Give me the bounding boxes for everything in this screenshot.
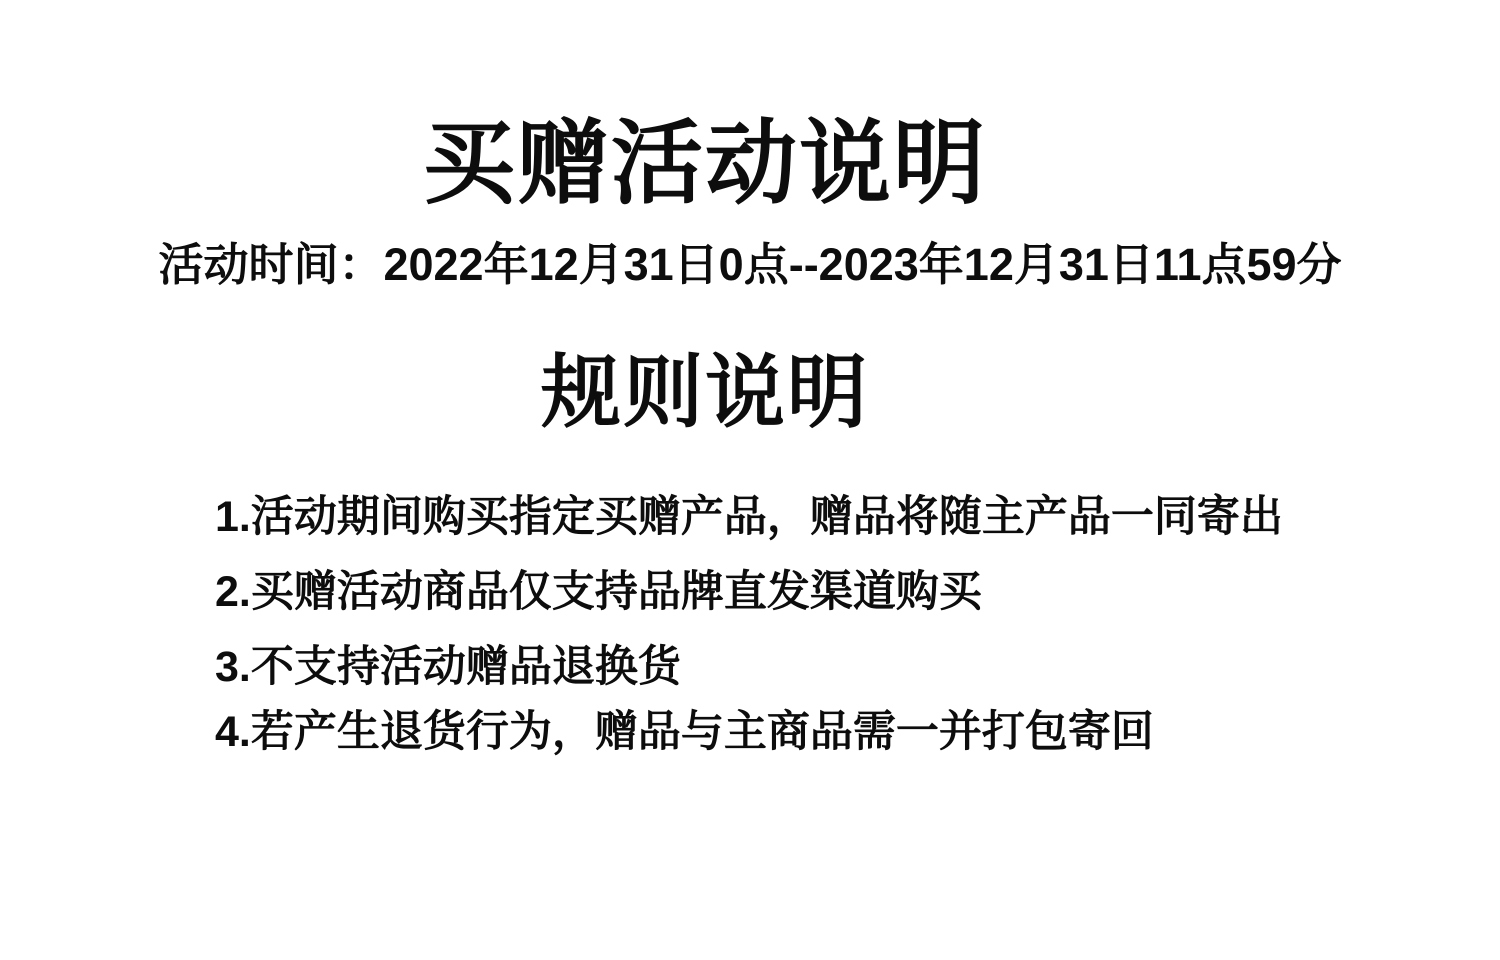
rules-list: 1.活动期间购买指定买赠产品，赠品将随主产品一同寄出 2.买赠活动商品仅支持品牌… <box>0 438 1500 757</box>
rule-item-1: 1.活动期间购买指定买赠产品，赠品将随主产品一同寄出 <box>215 492 1500 542</box>
rule-item-2: 2.买赠活动商品仅支持品牌直发渠道购买 <box>215 567 1500 617</box>
rules-heading: 规则说明 <box>0 292 1455 438</box>
rule-item-4: 4.若产生退货行为，赠品与主商品需一并打包寄回 <box>215 707 1500 757</box>
rule-item-3: 3.不支持活动赠品退换货 <box>215 642 1500 692</box>
promo-notice-page: 买赠活动说明 活动时间：2022年12月31日0点--2023年12月31日11… <box>0 0 1500 960</box>
page-title: 买赠活动说明 <box>0 0 1455 216</box>
activity-time-text: 活动时间：2022年12月31日0点--2023年12月31日11点59分 <box>0 216 1500 292</box>
